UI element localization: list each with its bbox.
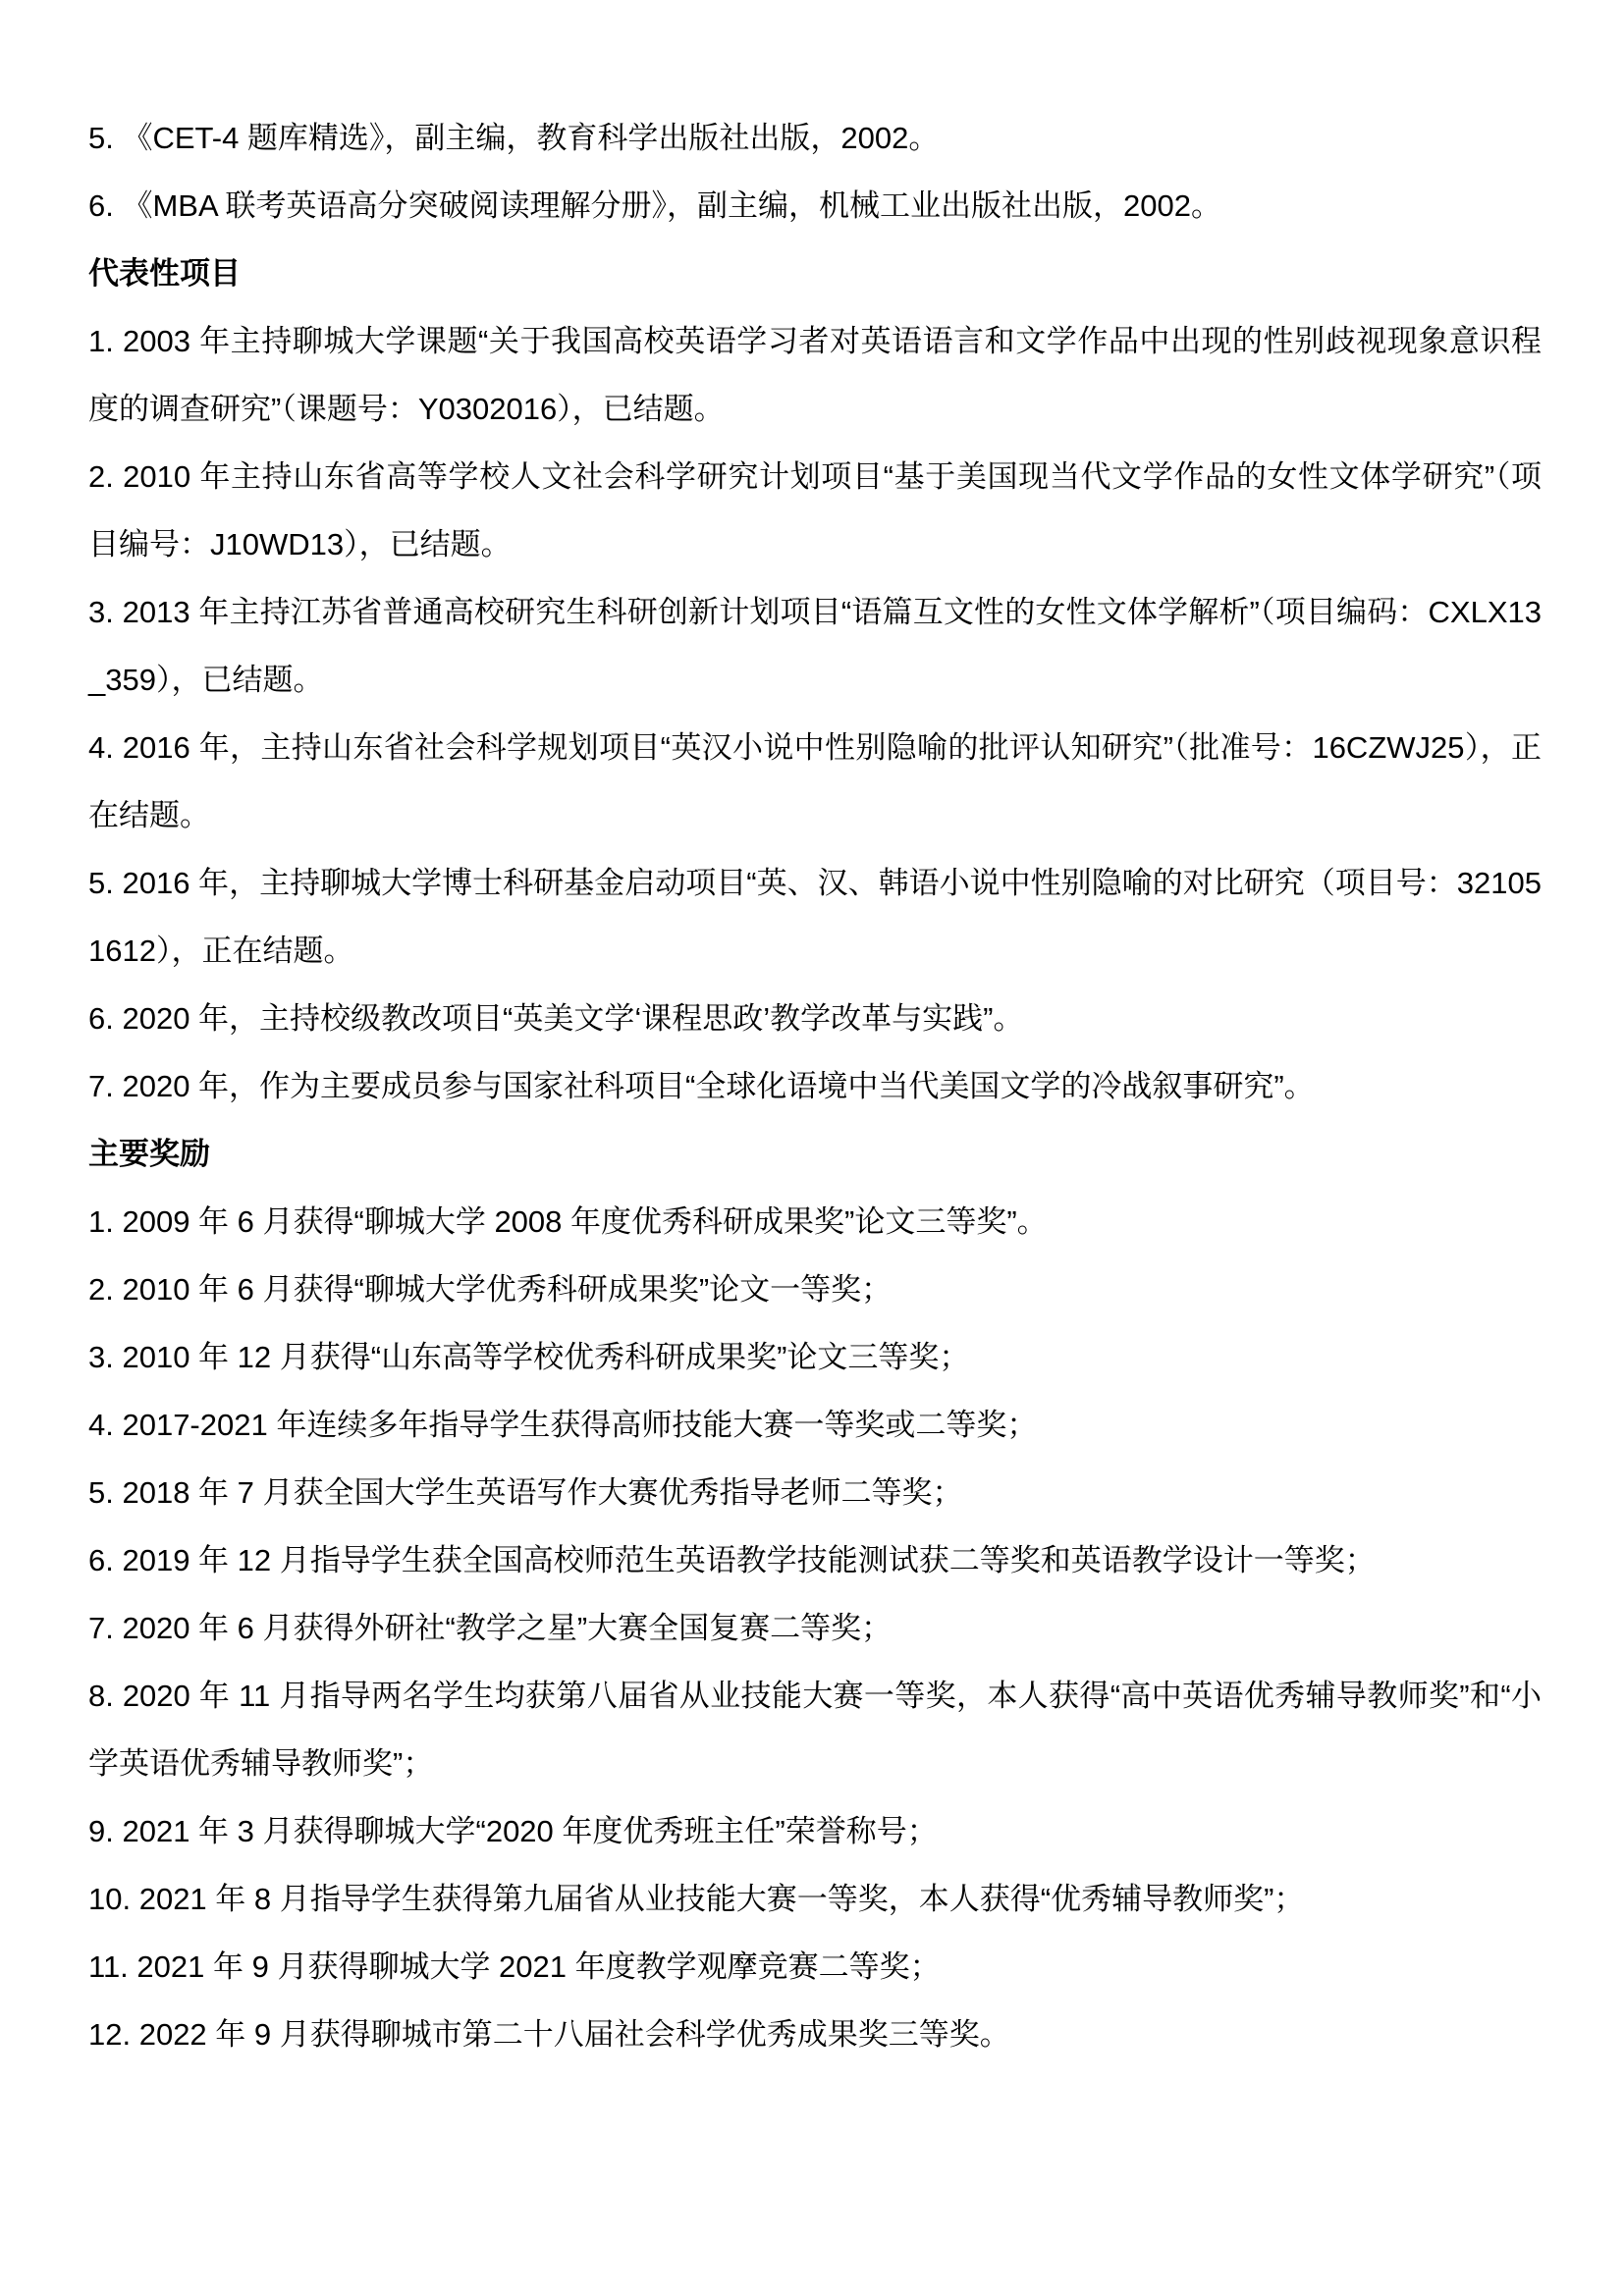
award-item: 2. 2010 年 6 月获得“聊城大学优秀科研成果奖”论文一等奖； (88, 1255, 1542, 1323)
publication-item: 6. 《MBA 联考英语高分突破阅读理解分册》，副主编，机械工业出版社出版，20… (88, 172, 1542, 240)
award-item: 10. 2021 年 8 月指导学生获得第九届省从业技能大赛一等奖，本人获得“优… (88, 1865, 1542, 1933)
publication-item: 5. 《CET-4 题库精选》，副主编，教育科学出版社出版，2002。 (88, 104, 1542, 172)
award-item: 3. 2010 年 12 月获得“山东高等学校优秀科研成果奖”论文三等奖； (88, 1323, 1542, 1391)
section-heading-projects: 代表性项目 (88, 240, 1542, 307)
award-item: 8. 2020 年 11 月指导两名学生均获第八届省从业技能大赛一等奖，本人获得… (88, 1662, 1542, 1797)
project-item: 7. 2020 年，作为主要成员参与国家社科项目“全球化语境中当代美国文学的冷战… (88, 1052, 1542, 1120)
award-item: 4. 2017-2021 年连续多年指导学生获得高师技能大赛一等奖或二等奖； (88, 1391, 1542, 1459)
award-item: 12. 2022 年 9 月获得聊城市第二十八届社会科学优秀成果奖三等奖。 (88, 2001, 1542, 2068)
award-item: 9. 2021 年 3 月获得聊城大学“2020 年度优秀班主任”荣誉称号； (88, 1797, 1542, 1865)
section-heading-awards: 主要奖励 (88, 1120, 1542, 1188)
award-item: 5. 2018 年 7 月获全国大学生英语写作大赛优秀指导老师二等奖； (88, 1459, 1542, 1526)
award-item: 7. 2020 年 6 月获得外研社“教学之星”大赛全国复赛二等奖； (88, 1594, 1542, 1662)
award-item: 11. 2021 年 9 月获得聊城大学 2021 年度教学观摩竞赛二等奖； (88, 1933, 1542, 2001)
project-item: 4. 2016 年，主持山东省社会科学规划项目“英汉小说中性别隐喻的批评认知研究… (88, 714, 1542, 849)
project-item: 1. 2003 年主持聊城大学课题“关于我国高校英语学习者对英语语言和文学作品中… (88, 307, 1542, 443)
project-item: 2. 2010 年主持山东省高等学校人文社会科学研究计划项目“基于美国现当代文学… (88, 443, 1542, 578)
project-item: 3. 2013 年主持江苏省普通高校研究生科研创新计划项目“语篇互文性的女性文体… (88, 578, 1542, 714)
project-item: 6. 2020 年，主持校级教改项目“英美文学‘课程思政’教学改革与实践”。 (88, 985, 1542, 1052)
award-item: 1. 2009 年 6 月获得“聊城大学 2008 年度优秀科研成果奖”论文三等… (88, 1188, 1542, 1255)
project-item: 5. 2016 年，主持聊城大学博士科研基金启动项目“英、汉、韩语小说中性别隐喻… (88, 849, 1542, 985)
document-page: 5. 《CET-4 题库精选》，副主编，教育科学出版社出版，2002。 6. 《… (0, 0, 1624, 2296)
award-item: 6. 2019 年 12 月指导学生获全国高校师范生英语教学技能测试获二等奖和英… (88, 1526, 1542, 1594)
